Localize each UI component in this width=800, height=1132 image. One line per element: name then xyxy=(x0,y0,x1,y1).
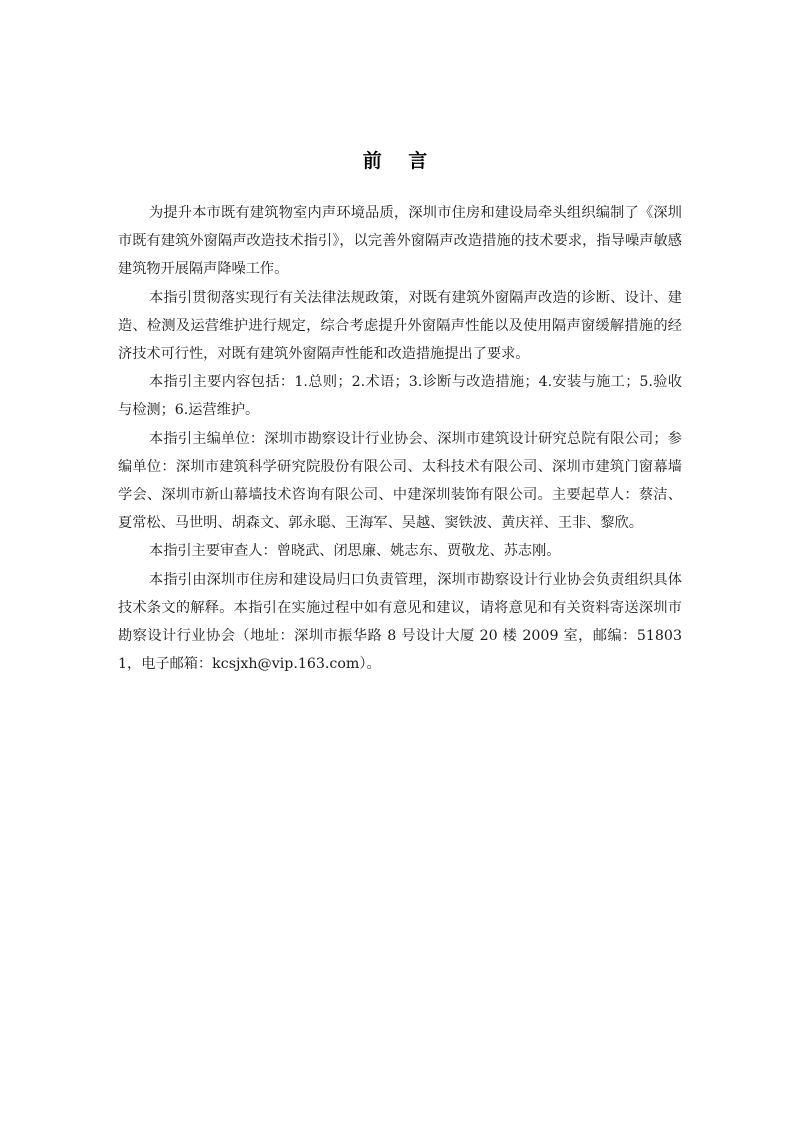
paragraph-reviewers: 本指引主要审查人：曾晓武、闭思廉、姚志东、贾敬龙、苏志刚。 xyxy=(118,537,682,565)
paragraph-policy: 本指引贯彻落实现行有关法律法规政策，对既有建筑外窗隔声改造的诊断、设计、建造、检… xyxy=(118,284,682,369)
document-page: 前 言 为提升本市既有建筑物室内声环境品质，深圳市住房和建设局牵头组织编制了《深… xyxy=(0,0,800,1132)
paragraph-management-contact: 本指引由深圳市住房和建设局归口负责管理，深圳市勘察设计行业协会负责组织具体技术条… xyxy=(118,566,682,679)
paragraph-purpose: 为提升本市既有建筑物室内声环境品质，深圳市住房和建设局牵头组织编制了《深圳市既有… xyxy=(118,199,682,284)
paragraph-contents: 本指引主要内容包括：1.总则；2.术语；3.诊断与改造措施；4.安装与施工；5.… xyxy=(118,368,682,424)
preface-body: 为提升本市既有建筑物室内声环境品质，深圳市住房和建设局牵头组织编制了《深圳市既有… xyxy=(118,199,682,678)
paragraph-editors: 本指引主编单位：深圳市勘察设计行业协会、深圳市建筑设计研究总院有限公司；参编单位… xyxy=(118,425,682,538)
page-title: 前 言 xyxy=(0,146,800,173)
